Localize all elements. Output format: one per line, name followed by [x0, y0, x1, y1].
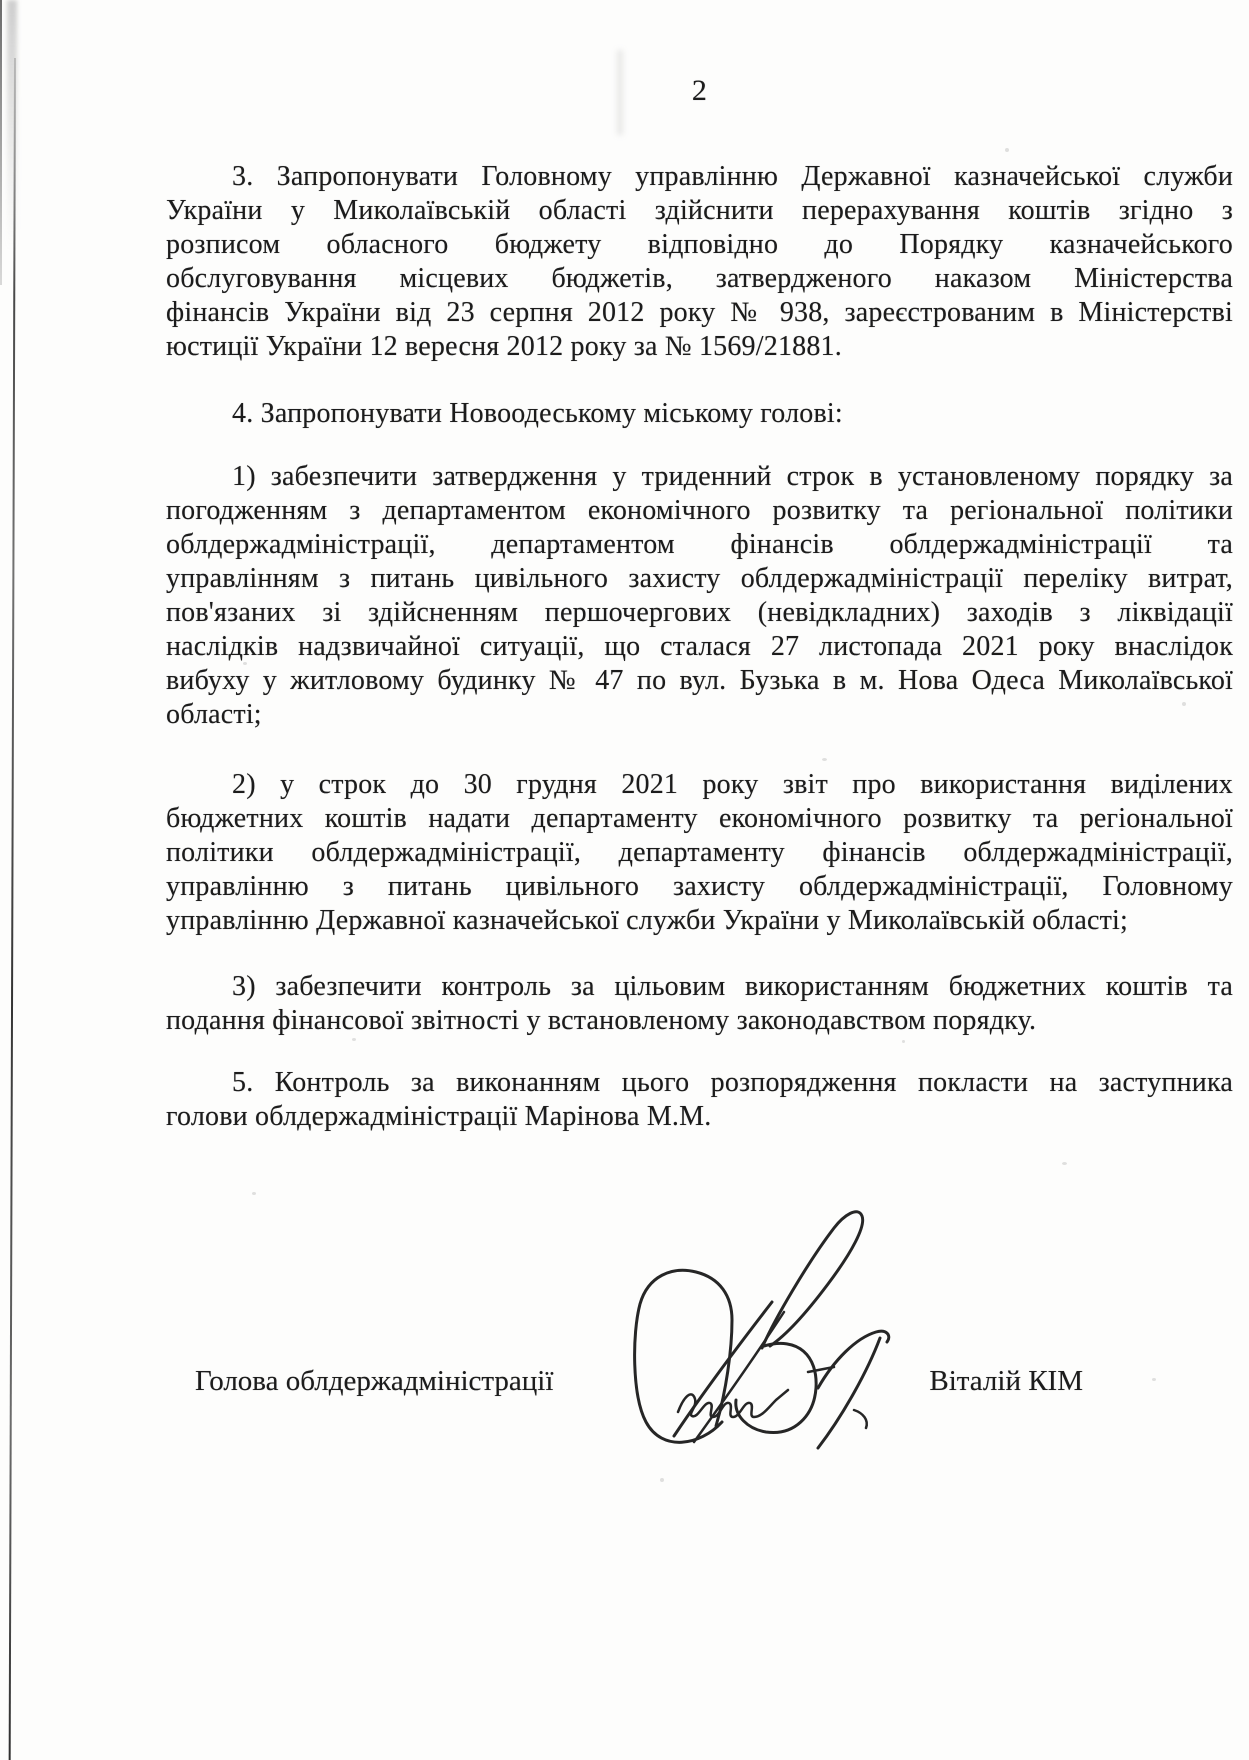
subparagraph-3: 3) забезпечити контроль за цільовим вико… — [166, 970, 1233, 1038]
text-line: пов'язаних зі здійсненням першочергових … — [166, 596, 1233, 630]
text-line: 4. Запропонувати Новоодеському міському … — [166, 397, 1233, 431]
text-line: погодженням з департаментом економічного… — [166, 494, 1233, 528]
subparagraph-1: 1) забезпечити затвердження у триденний … — [166, 460, 1233, 732]
text-line: подання фінансової звітності у встановле… — [166, 1004, 1233, 1038]
text-line: управлінню Державної казначейської служб… — [166, 904, 1233, 938]
paragraph-4: 4. Запропонувати Новоодеському міському … — [166, 397, 1233, 431]
text-line: фінансів України від 23 серпня 2012 року… — [166, 296, 1233, 330]
scan-speck — [1152, 1378, 1156, 1381]
text-line: 1) забезпечити затвердження у триденний … — [166, 460, 1233, 494]
scan-speck — [1005, 148, 1009, 152]
subparagraph-2: 2) у строк до 30 грудня 2021 року звіт п… — [166, 768, 1233, 938]
scan-speck — [252, 1192, 256, 1195]
text-line: політики облдержадміністрації, департаме… — [166, 836, 1233, 870]
text-line: 2) у строк до 30 грудня 2021 року звіт п… — [166, 768, 1233, 802]
text-line: облдержадміністрації, департаментом фіна… — [166, 528, 1233, 562]
scan-edge-line — [9, 58, 16, 1760]
signoff-name: Віталій КІМ — [929, 1364, 1083, 1398]
text-line: України у Миколаївській області здійснит… — [166, 194, 1233, 228]
signature-handwriting — [622, 1200, 912, 1462]
signoff-row: Голова облдержадміністрації Віталій КІМ — [195, 1364, 1083, 1398]
text-line: управлінню з питань цивільного захисту о… — [166, 870, 1233, 904]
text-line: юстиції України 12 вересня 2012 року за … — [166, 330, 1233, 364]
scan-edge-smudge — [7, 0, 17, 250]
text-line: 3) забезпечити контроль за цільовим вико… — [166, 970, 1233, 1004]
paragraph-3: 3. Запропонувати Головному управлінню Де… — [166, 160, 1233, 364]
page-number: 2 — [166, 74, 1233, 108]
signoff-role: Голова облдержадміністрації — [195, 1364, 553, 1398]
text-line: області; — [166, 698, 1233, 732]
scan-speck — [1062, 1162, 1067, 1165]
text-line: голови облдержадміністрації Марінова М.М… — [166, 1100, 1233, 1134]
document-body: 3. Запропонувати Головному управлінню Де… — [166, 160, 1233, 1134]
text-line: наслідків надзвичайної ситуації, що стал… — [166, 630, 1233, 664]
text-line: 3. Запропонувати Головному управлінню Де… — [166, 160, 1233, 194]
text-line: обслуговування місцевих бюджетів, затвер… — [166, 262, 1233, 296]
text-line: 5. Контроль за виконанням цього розпоряд… — [166, 1066, 1233, 1100]
scan-speck — [660, 1478, 664, 1482]
text-line: управлінням з питань цивільного захисту … — [166, 562, 1233, 596]
text-line: бюджетних коштів надати департаменту еко… — [166, 802, 1233, 836]
text-line: вибуху у житловому будинку № 47 по вул. … — [166, 664, 1233, 698]
text-line: розписом обласного бюджету відповідно до… — [166, 228, 1233, 262]
scan-corner-sliver — [0, 0, 2, 285]
paragraph-5: 5. Контроль за виконанням цього розпоряд… — [166, 1066, 1233, 1134]
scanned-document-page: 2 3. Запропонувати Головному управлінню … — [0, 0, 1249, 1760]
